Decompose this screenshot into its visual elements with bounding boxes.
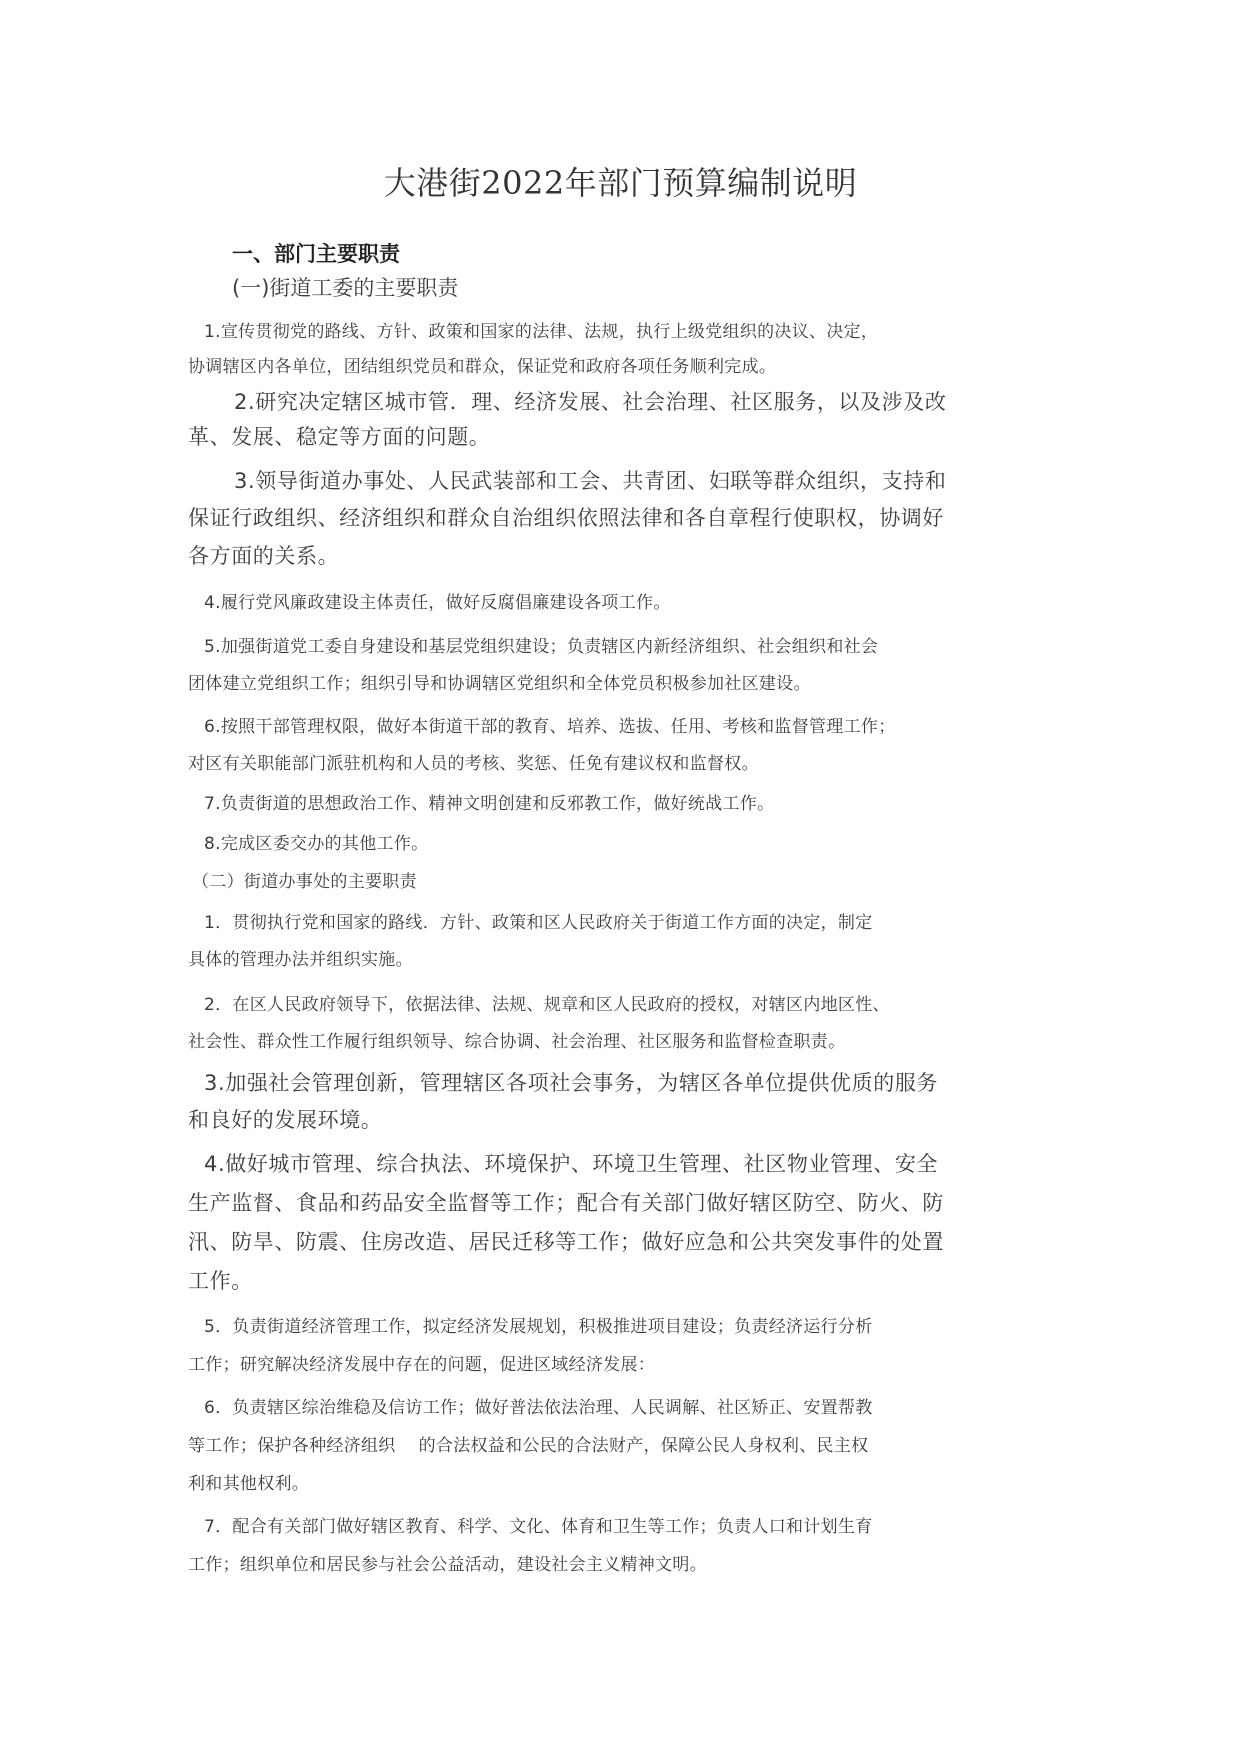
paragraph-line: 4.履行党风廉政建设主体责任，做好反腐倡廉建设各项工作。 xyxy=(204,588,671,613)
paragraph-line: 保证行政组织、经济组织和群众自治组织依照法律和各自章程行使职权，协调好 xyxy=(188,502,944,532)
paragraph-line: 团体建立党组织工作；组织引导和协调辖区党组织和全体党员积极参加社区建设。 xyxy=(188,669,811,694)
paragraph-line: 7.负责街道的思想政治工作、精神文明创建和反邪教工作，做好统战工作。 xyxy=(204,789,774,814)
paragraph-line: 6．负责辖区综治维稳及信访工作；做好普法依法治理、人民调解、社区矫正、安置帮教 xyxy=(204,1393,873,1418)
paragraph-line: 各方面的关系。 xyxy=(188,540,339,570)
section-heading-duties: 一、部门主要职责 xyxy=(232,238,400,268)
paragraph-line: 对区有关职能部门派驻机构和人员的考核、奖惩、任免有建议权和监督权。 xyxy=(188,749,759,774)
paragraph-line: 等工作；保护各种经济组织 的合法权益和公民的合法财产，保障公民人身权利、民主权 xyxy=(188,1431,868,1456)
paragraph-line: 6.按照干部管理权限，做好本街道干部的教育、培养、选拔、任用、考核和监督管理工作… xyxy=(204,712,896,737)
document-page: 大港街2022年部门预算编制说明 一、部门主要职责 (一)街道工委的主要职责 1… xyxy=(0,0,1241,1754)
subsection-heading-subdistrict-office: （二）街道办事处的主要职责 xyxy=(192,867,417,892)
paragraph-line: 革、发展、稳定等方面的问题。 xyxy=(188,421,490,451)
paragraph-line: 1．贯彻执行党和国家的路线．方针、政策和区人民政府关于街道工作方面的决定，制定 xyxy=(204,908,873,933)
paragraph-line: 协调辖区内各单位，团结组织党员和群众，保证党和政府各项任务顺利完成。 xyxy=(188,352,776,377)
paragraph-line: 社会性、群众性工作履行组织领导、综合协调、社会治理、社区服务和监督检查职责。 xyxy=(188,1027,845,1052)
paragraph-line: 1.宣传贯彻党的路线、方针、政策和国家的法律、法规，执行上级党组织的决议、决定， xyxy=(204,317,878,342)
paragraph-line: 汛、防旱、防震、住房改造、居民迁移等工作；做好应急和公共突发事件的处置 xyxy=(188,1226,944,1256)
paragraph-line: 3.领导街道办事处、人民武装部和工会、共青团、妇联等群众组织，支持和 xyxy=(234,465,946,495)
paragraph-line: 4.做好城市管理、综合执法、环境保护、环境卫生管理、社区物业管理、安全 xyxy=(204,1148,938,1178)
paragraph-line: 2．在区人民政府领导下，依据法律、法规、规章和区人民政府的授权，对辖区内地区性、 xyxy=(204,990,890,1015)
paragraph-line: 和良好的发展环境。 xyxy=(188,1104,382,1134)
paragraph-line: 3.加强社会管理创新，管理辖区各项社会事务，为辖区各单位提供优质的服务 xyxy=(204,1067,938,1097)
paragraph-line: 生产监督、食品和药品安全监督等工作；配合有关部门做好辖区防空、防火、防 xyxy=(188,1187,944,1217)
paragraph-line: 2.研究决定辖区城市管．理、经济发展、社会治理、社区服务，以及涉及改 xyxy=(234,386,946,416)
paragraph-line: 7．配合有关部门做好辖区教育、科学、文化、体育和卫生等工作；负责人口和计划生育 xyxy=(204,1512,873,1537)
paragraph-line: 工作；研究解决经济发展中存在的问题，促进区域经济发展： xyxy=(188,1350,655,1375)
paragraph-line: 工作；组织单位和居民参与社会公益活动，建设社会主义精神文明。 xyxy=(188,1550,707,1575)
paragraph-line: 具体的管理办法并组织实施。 xyxy=(188,945,413,970)
subsection-heading-party-committee: (一)街道工委的主要职责 xyxy=(232,272,458,302)
paragraph-line: 5．负责街道经济管理工作，拟定经济发展规划，积极推进项目建设；负责经济运行分析 xyxy=(204,1312,873,1337)
paragraph-line: 利和其他权利。 xyxy=(188,1469,309,1494)
paragraph-line: 5.加强街道党工委自身建设和基层党组织建设；负责辖区内新经济组织、社会组织和社会 xyxy=(204,632,878,657)
document-title: 大港街2022年部门预算编制说明 xyxy=(0,158,1241,204)
paragraph-line: 工作。 xyxy=(188,1265,253,1295)
paragraph-line: 8.完成区委交办的其他工作。 xyxy=(204,829,428,854)
